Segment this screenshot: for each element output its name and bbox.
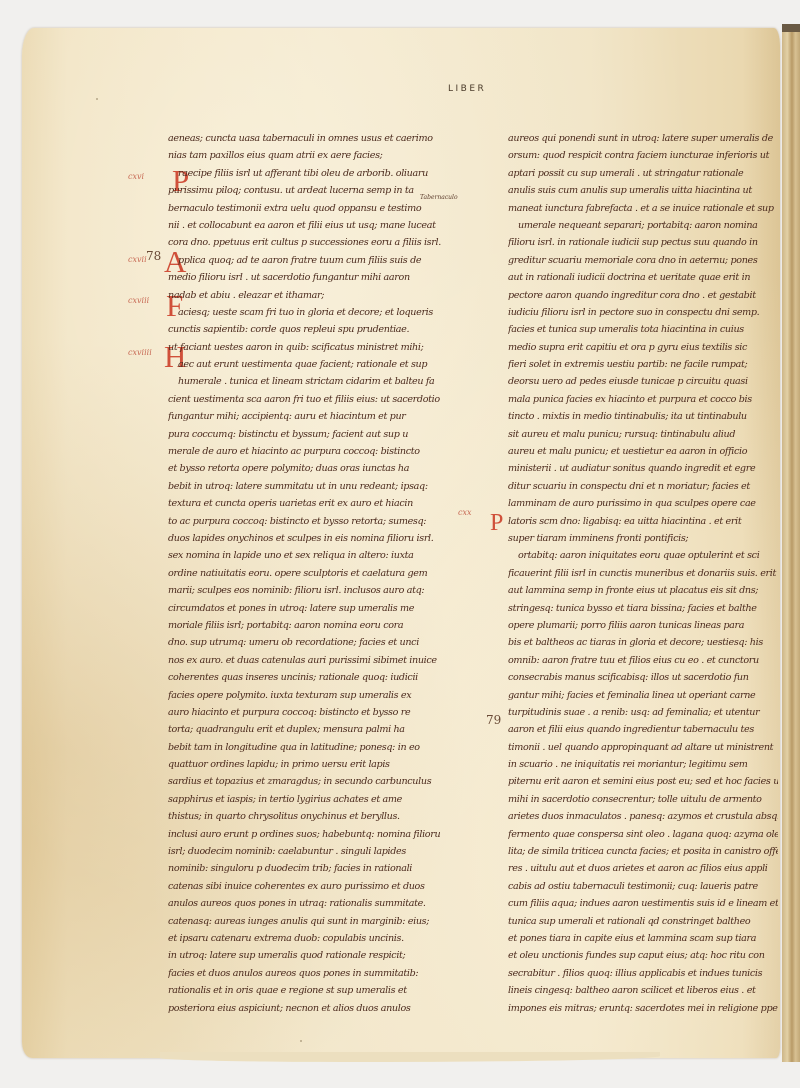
text-line: thistus; in quarto chrysolitus onychinus… [168,808,468,825]
text-line: anulos aureos quos pones in utraq: ratio… [168,895,468,912]
text-line: fungantur mihi; accipientq: auru et hiac… [168,408,468,425]
text-line: nominib: singuloru p duodecim trib; faci… [168,860,468,877]
text-line: aeneas; cuncta uasa tabernaculi in omnes… [168,130,468,147]
ink-speck [96,98,98,100]
margin-chapter-number: cxvi [128,172,144,181]
text-line: stringesq: tunica bysso et tiara bissina… [508,600,778,617]
text-line: anulis suis cum anulis sup umeralis uitt… [508,182,778,199]
text-line: arietes duos inmaculatos . panesq: azymo… [508,808,778,825]
text-line: aciesq; ueste scam fri tuo in gloria et … [168,304,468,321]
text-line: marii; sculpes eos nominib: filioru isrl… [168,582,468,599]
text-line: humerale . tunica et lineam strictam cid… [168,373,468,390]
text-line: sapphirus et iaspis; in tertio lygirius … [168,791,468,808]
text-line: inclusi auro erunt p ordines suos; habeb… [168,826,468,843]
text-line: isrl; duodecim nominib: caelabuntur . si… [168,843,468,860]
text-line: dno. sup utrumq: umeru ob recordatione; … [168,634,468,651]
text-line: raecipe filiis isrl ut afferant tibi ole… [168,165,468,182]
text-line: catenasq: aureas iunges anulis qui sunt … [168,913,468,930]
text-line: facies et tunica sup umeralis tota hiaci… [508,321,778,338]
text-line: latoris scm dno: ligabisq: ea uitta hiac… [508,513,778,530]
text-line: mihi in sacerdotio consecrentur; tolle u… [508,791,778,808]
adjacent-page-edge [782,32,800,1062]
text-line: nadab et abiu . eleazar et ithamar; [168,287,468,304]
text-line: impones eis mitras; eruntq: sacerdotes m… [508,1000,778,1017]
red-initial: P [490,508,503,538]
text-line: in utroq: latere sup umeralis quod ratio… [168,947,468,964]
text-line: cum filiis aqua; indues aaron uestimenti… [508,895,778,912]
text-line: bis et baltheos ac tiaras in gloria et d… [508,634,778,651]
text-line: cient uestimenta sca aaron fri tuo et fi… [168,391,468,408]
text-line: catenas sibi inuice coherentes ex auro p… [168,878,468,895]
text-line: aureos qui ponendi sunt in utroq: latere… [508,130,778,147]
text-line: aptari possit cu sup umerali . ut string… [508,165,778,182]
text-line: fermento quae conspersa sint oleo . laga… [508,826,778,843]
text-line: aut in rationali iudicii doctrina et uer… [508,269,778,286]
text-line: cabis ad ostiu tabernaculi testimonii; c… [508,878,778,895]
text-line: aec aut erunt uestimenta quae facient; r… [168,356,468,373]
text-line: omnib: aaron fratre tuu et filios eius c… [508,652,778,669]
text-line: ut faciant uestes aaron in quib: scifica… [168,339,468,356]
text-line: facies opere polymito. iuxta texturam su… [168,687,468,704]
text-line: timonii . uel quando appropinquant ad al… [508,739,778,756]
margin-section-number: 78 [146,249,161,263]
text-line: secrabitur . filios quoq: illius applica… [508,965,778,982]
text-line: purissimu piloq; contusu. ut ardeat luce… [168,182,468,199]
text-line: ministerii . ut audiatur sonitus quando … [508,460,778,477]
text-line: bebit in utroq: latere summitatu ut in u… [168,478,468,495]
text-line: medio supra erit capitiu et ora p gyru e… [508,339,778,356]
text-line: pectore aaron quando ingreditur cora dno… [508,287,778,304]
text-line: piternu erit aaron et semini eius post e… [508,773,778,790]
text-line: aut lammina semp in fronte eius ut placa… [508,582,778,599]
text-line: ditur scuariu in conspectu dni et n mori… [508,478,778,495]
text-line: pura coccumq: bistinctu et byssum; facie… [168,426,468,443]
text-line: textura et cuncta operis uarietas erit e… [168,495,468,512]
margin-chapter-number: cxviii [128,296,149,305]
text-line: nias tam paxillos eius quam atrii ex aer… [168,147,468,164]
text-line: bebit tam in longitudine qua in latitudi… [168,739,468,756]
text-line: merale de auro et hiacinto ac purpura co… [168,443,468,460]
text-line: torta; quadrangulu erit et duplex; mensu… [168,721,468,738]
text-line: auro hiacinto et purpura coccoq: bistinc… [168,704,468,721]
text-line: quattuor ordines lapidu; in primo uersu … [168,756,468,773]
margin-chapter-number: cxviiii [128,348,152,357]
ink-speck [300,1040,302,1042]
text-line: super tiaram imminens fronti pontificis; [508,530,778,547]
text-line: coherentes quas inseres uncinis; rationa… [168,669,468,686]
running-head: LIBER [448,84,486,94]
text-line: ortabitq: aaron iniquitates eoru quae op… [508,547,778,564]
text-line: sardius et topazius et zmaragdus; in sec… [168,773,468,790]
text-line: greditur scuariu memoriale cora dno in a… [508,252,778,269]
text-line: posteriora eius aspiciunt; necnon et ali… [168,1000,468,1017]
text-column-left: aeneas; cuncta uasa tabernaculi in omnes… [168,130,468,1017]
text-line: aureu et malu punicu; et uestietur ea aa… [508,443,778,460]
text-line: tunica sup umerali et rationali qd const… [508,913,778,930]
text-line: umerale nequeant separari; portabitq: aa… [508,217,778,234]
text-line: res . uitulu aut et duos arietes et aaro… [508,860,778,877]
margin-chapter-number: cxvii [128,255,147,264]
text-line: moriale filiis isrl; portabitq: aaron no… [168,617,468,634]
text-line: sit aureu et malu punicu; rursuq: tintin… [508,426,778,443]
text-line: circumdatos et pones in utroq: latere su… [168,600,468,617]
page-curl [160,1052,660,1062]
text-line: facies et duos anulos aureos quos pones … [168,965,468,982]
text-line: bernaculo testimonii extra uelu quod opp… [168,200,468,217]
text-line: duos lapides onychinos et sculpes in eis… [168,530,468,547]
text-line: cora dno. ppetuus erit cultus p successi… [168,234,468,251]
text-line: pplica quoq; ad te aaron fratre tuum cum… [168,252,468,269]
text-line: fieri solet in extremis uestiu partib: n… [508,356,778,373]
text-line: filioru isrl. in rationale iudicii sup p… [508,234,778,251]
text-line: opere plumarii; porro filiis aaron tunic… [508,617,778,634]
text-line: lamminam de auro purissimo in qua sculpe… [508,495,778,512]
text-line: ficauerint filii isrl in cunctis munerib… [508,565,778,582]
text-line: ordine natiuitatis eoru. opere sculptori… [168,565,468,582]
text-column-right: aureos qui ponendi sunt in utroq: latere… [508,130,778,1017]
text-line: rationalis et in oris quae e regione st … [168,982,468,999]
text-line: deorsu uero ad pedes eiusde tunicae p ci… [508,373,778,390]
text-line: nos ex auro. et duas catenulas auri puri… [168,652,468,669]
text-line: tincto . mixtis in medio tintinabulis; i… [508,408,778,425]
text-line: turpitudinis suae . a renib: usq: ad fem… [508,704,778,721]
text-line: lineis cingesq: baltheo aaron scilicet e… [508,982,778,999]
margin-section-number: 79 [486,713,501,727]
text-line: to ac purpura coccoq: bistincto et bysso… [168,513,468,530]
text-line: in scuario . ne iniquitatis rei moriantu… [508,756,778,773]
text-line: consecrabis manus scificabisq: illos ut … [508,669,778,686]
text-line: nii . et collocabunt ea aaron et filii e… [168,217,468,234]
text-line: gantur mihi; facies et feminalia linea u… [508,687,778,704]
text-line: cunctis sapientib: corde quos repleui sp… [168,321,468,338]
text-line: medio filioru isrl . ut sacerdotio funga… [168,269,468,286]
text-line: maneat iunctura fabrefacta . et a se inu… [508,200,778,217]
text-line: et bysso retorta opere polymito; duas or… [168,460,468,477]
text-line: et ipsaru catenaru extrema duob: copulab… [168,930,468,947]
text-line: orsum: quod respicit contra faciem iunct… [508,147,778,164]
text-line: lita; de simila triticea cuncta facies; … [508,843,778,860]
text-line: et pones tiara in capite eius et lammina… [508,930,778,947]
text-line: sex nomina in lapide uno et sex reliqua … [168,547,468,564]
text-line: aaron et filii eius quando ingredientur … [508,721,778,738]
text-line: et oleu unctionis fundes sup caput eius;… [508,947,778,964]
text-line: mala punica facies ex hiacinto et purpur… [508,391,778,408]
text-line: iudiciu filioru isrl in pectore suo in c… [508,304,778,321]
